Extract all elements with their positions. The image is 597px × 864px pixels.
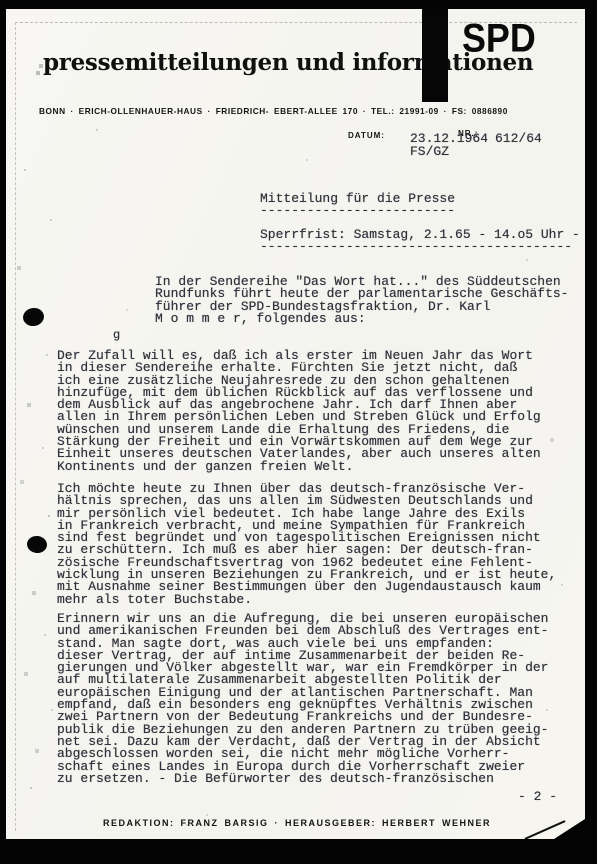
nr-value: 612/64 [495,133,542,145]
address-line: BONN · ERICH-OLLENHAUER-HAUS · FRIEDRICH… [39,106,508,116]
body-paragraph-3: Erinnern wir uns an die Aufregung, die b… [57,613,548,785]
hole-punch-top [22,306,46,327]
stray-type-mark: g [113,330,120,342]
footer-imprint: REDAKTION: FRANZ BARSIG · HERAUSGEBER: H… [103,818,491,828]
body-intro: In der Sendereihe "Das Wort hat..." des … [155,276,568,325]
masthead-title: pressemitteilungen und informationen [43,49,533,76]
press-notice-title-underline: ------------------------- [260,203,455,218]
paper-sheet: pressemitteilungen und informationen SPD… [6,9,585,839]
hole-punch-bottom [26,535,48,554]
embargo-underline: ---------------------------------------- [260,239,572,254]
fs-value: FS/GZ [410,146,449,158]
body-paragraph-2: Ich möchte heute zu Ihnen über das deuts… [57,483,556,606]
corner-scratch-mark [524,820,565,840]
press-notice-title: Mitteilung für die Presse---------------… [260,193,455,218]
scanned-document: pressemitteilungen und informationen SPD… [0,0,597,864]
embargo-line: Sperrfrist: Samstag, 2.1.65 - 14.o5 Uhr … [260,229,580,254]
body-paragraph-1: Der Zufall will es, daß ich als erster i… [57,350,541,473]
spd-logo: SPD [462,17,536,62]
masthead-black-bar [422,7,448,102]
scan-noise [6,9,8,11]
datum-label: DATUM: [348,131,385,140]
page-number: - 2 - [518,791,557,803]
